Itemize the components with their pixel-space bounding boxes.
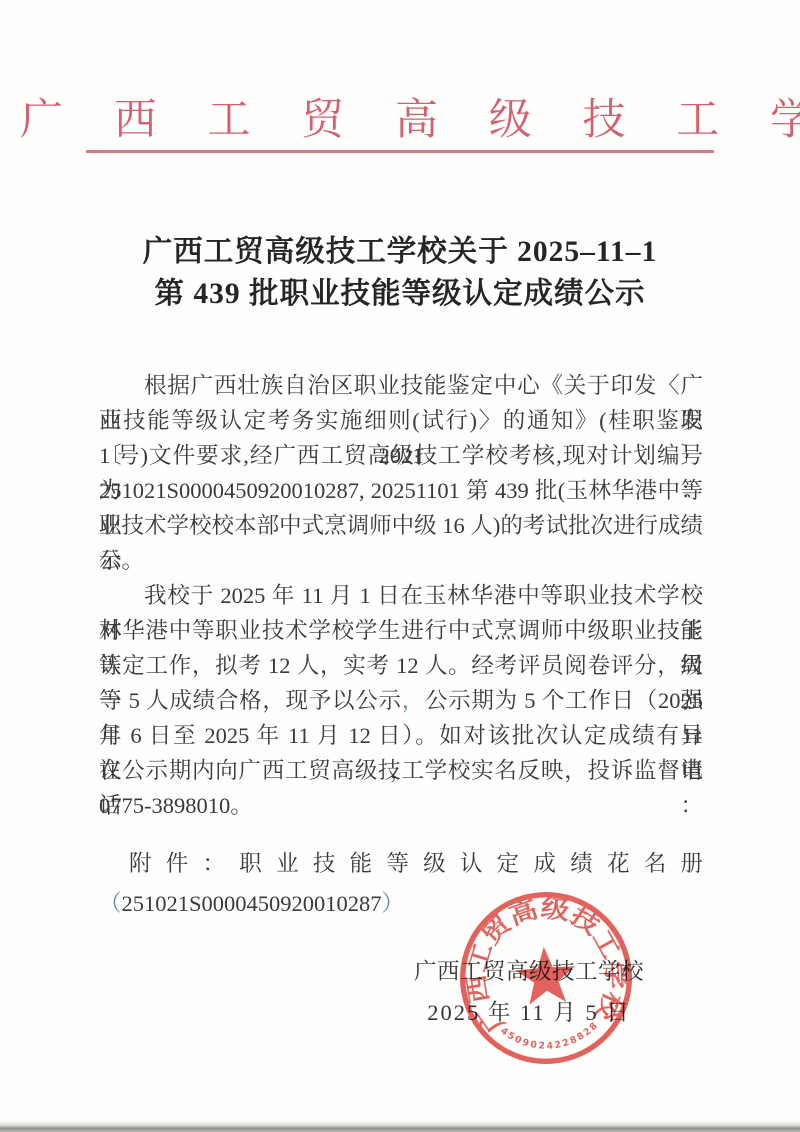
letterhead-divider: [86, 150, 714, 153]
paragraph-line: 我校于 2025 年 11 月 1 日在玉林华港中等职业技术学校对玉: [99, 578, 703, 613]
paragraph-line: 林华港中等职业技术学校学生进行中式烹调师中级职业技能等级: [99, 613, 703, 648]
paragraph-line: 根据广西壮族自治区职业技能鉴定中心《关于印发〈广西职: [99, 368, 703, 403]
blue-comma: ，: [402, 688, 425, 713]
paragraph-line: 251021S0000450920010287, 20251101 第 439 …: [99, 473, 703, 508]
paragraph-line: 业技能等级认定考务实施细则(试行)〉的通知》(桂职鉴发〔2021〕: [99, 403, 703, 438]
official-seal: 广西工贸高级技工学校 4509024228828: [441, 873, 650, 1082]
notice-title: 广西工贸高级技工学校关于 2025–11–1 第 439 批职业技能等级认定成绩…: [0, 231, 800, 315]
notice-title-line2: 第 439 批职业技能等级认定成绩公示: [0, 273, 800, 315]
notice-title-line1: 广西工贸高级技工学校关于 2025–11–1: [0, 231, 800, 273]
plan-number: 251021S0000450920010287: [122, 891, 382, 916]
notice-body: 根据广西壮族自治区职业技能鉴定中心《关于印发〈广西职 业技能等级认定考务实施细则…: [99, 368, 703, 823]
paragraph-line: 业技术学校校本部中式烹调师中级 16 人)的考试批次进行成绩公: [99, 508, 703, 543]
scanned-notice-page: 广 西 工 贸 高 级 技 工 学 校 广西工贸高级技工学校关于 2025–11…: [0, 0, 800, 1132]
paragraph-line: 认定工作，拟考 12 人，实考 12 人。经考评员阅卷评分，周一强: [99, 648, 703, 683]
seal-star-icon: [514, 945, 577, 1006]
line-segment: 等 5 人成绩合格，现予以公示: [99, 688, 402, 713]
paragraph-line: 月 6 日至 2025 年 11 月 12 日）。如对该批次认定成绩有异议，请: [99, 718, 703, 753]
paragraph-line-with-blue-comma: 等 5 人成绩合格，现予以公示，公示期为 5 个工作日（2025 年 11: [99, 683, 703, 718]
page-bottom-edge: [0, 1121, 800, 1132]
paren-open: （: [99, 891, 122, 916]
letterhead-school-name: 广 西 工 贸 高 级 技 工 学 校: [0, 86, 800, 147]
paragraph-line: 1 号)文件要求,经广西工贸高级技工学校考核,现对计划编号为：: [99, 438, 703, 473]
paren-close: ）: [382, 891, 405, 916]
paragraph-line: 示。: [99, 543, 703, 578]
paragraph-line: 在公示期内向广西工贸高级技工学校实名反映，投诉监督电话：: [99, 753, 703, 788]
